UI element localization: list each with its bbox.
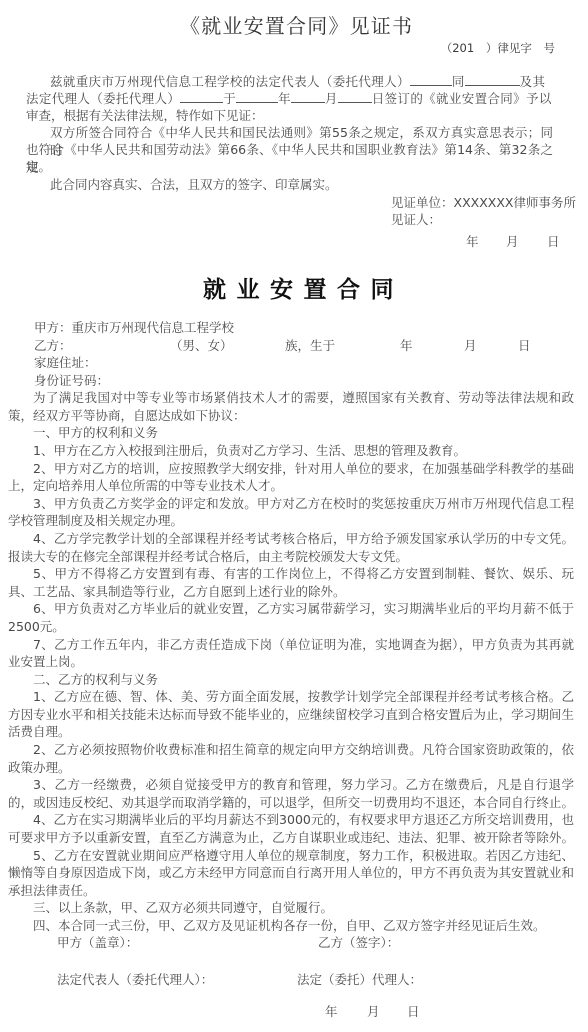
clause-line: 2500元。: [8, 618, 574, 636]
party-b-gender: （男、女）: [170, 337, 233, 355]
intro-text: 于: [223, 91, 236, 106]
blank-field-party-b-name: [465, 75, 520, 86]
clause-line: 3、甲方负责乙方奖学金的评定和发放。甲方对乙方在校时的奖惩按重庆万州市万州现代信…: [8, 495, 574, 513]
clause-line: 学校管理制度及相关规定办理。: [8, 512, 574, 530]
blank-field-school-representative: [410, 75, 452, 86]
party-b-birth-year: 年: [400, 337, 413, 355]
clause-line: 可要求甲方予以重新安置，直至乙方满意为止，乙方自谋职业或违纪、违法、犯罪、被开除…: [8, 829, 574, 847]
party-a-seal-label: 甲方（盖章）：: [57, 934, 138, 952]
witness-intro-line-2: 法定代理人（委托代理人）于年月日签订的《就业安置合同》予以: [26, 90, 553, 108]
intro-text: 及其: [520, 74, 546, 89]
section-1-heading: 一、甲方的权利和义务: [8, 424, 574, 442]
intro-text: 年: [278, 91, 291, 106]
party-b-signature-label: 乙方（签字）：: [318, 934, 399, 952]
party-a: 甲方：重庆市万州现代信息工程学校: [34, 319, 234, 337]
clause-line: 方因专业水平和相关技能未达标而导致不能毕业的，应继续留校学习直到合格安置后为止，…: [8, 706, 574, 724]
intro-text: 同: [452, 74, 465, 89]
section-3: 三、以上条款，甲、乙双方必须共同遵守，自觉履行。: [8, 899, 574, 917]
witness-intro-line-3: 审查，根据有关法律法规，特作如下见证：: [26, 107, 553, 125]
party-b-birth-day: 日: [518, 337, 531, 355]
attestation-text: 此合同内容真实、合法，且双方的签字、印章属实。: [26, 176, 553, 194]
party-b-label: 乙方：: [34, 337, 72, 355]
intro-text: 日签订的《就业安置合同》予以: [372, 91, 552, 106]
clause-line: 上，定向培养用人单位所需的中等专业技术人才。: [8, 477, 574, 495]
document-number: （201 ）律见字 号: [441, 39, 555, 57]
party-b-birth-month: 月: [464, 337, 477, 355]
id-number-label: 身份证号码：: [34, 372, 109, 390]
witness-date-month: 月: [506, 233, 519, 251]
section-2-heading: 二、乙方的权利与义务: [8, 671, 574, 689]
clause-line: 5、甲方不得将乙方安置到有毒、有害的工作岗位上，不得将乙方安置到制鞋、餐饮、娱乐…: [8, 565, 574, 583]
witness-intro-line-1: 兹就重庆市万州现代信息工程学校的法定代表人（委托代理人）同及其: [26, 73, 553, 91]
clause-line: 2、甲方对乙方的培训，应按照教学大纲安排，针对用人单位的要求，在加强基础学科教学…: [8, 460, 574, 478]
compliance-line-1: 双方所签合同符合《中华人民共和国民法通则》第55条之规定，系双方真实意思表示；同…: [26, 124, 553, 142]
clause-line: 报读大专的在修完全部课程并经考试合格后，由主考院校颁发大专文凭。: [8, 548, 574, 566]
clause-line: 活费自理。: [8, 723, 574, 741]
contract-body: 为了满足我国对中等专业等市场紧俏技术人才的需要，遵照国家有关教育、劳动等法律法规…: [8, 389, 574, 934]
clause-line: 政策办理。: [8, 759, 574, 777]
signature-date-year: 年: [325, 1003, 338, 1021]
witness-certificate-title: 《就业安置合同》见证书: [180, 13, 413, 39]
blank-field-year: [236, 92, 278, 103]
preamble-line: 为了满足我国对中等专业等市场紧俏技术人才的需要，遵照国家有关教育、劳动等法律法规…: [8, 389, 574, 407]
signature-date-day: 日: [407, 1003, 420, 1021]
signature-date-month: 月: [367, 1003, 380, 1021]
party-b-agent-label: 法定（委托）代理人：: [297, 971, 422, 989]
compliance-line-3: 定。: [26, 158, 553, 176]
clause-line: 4、乙方在实习期满毕业后的平均月薪达不到3000元的，有权要求甲方退还乙方所交培…: [8, 811, 574, 829]
clause-line: 6、甲方负责对乙方毕业后的就业安置，乙方实习属带薪学习，实习期满毕业后的平均月薪…: [8, 600, 574, 618]
intro-text: 法定代理人（委托代理人）: [26, 91, 180, 106]
clause-line: 4、乙方学完教学计划的全部课程并经考试考核合格后，甲方给予颁发国家承认学历的中专…: [8, 530, 574, 548]
clause-line: 业安置上岗。: [8, 653, 574, 671]
intro-text: 月: [325, 91, 338, 106]
legal-representative-label: 法定代表人（委托代理人）：: [57, 971, 213, 989]
blank-field-agent: [180, 92, 223, 103]
section-4: 四、本合同一式三份，甲、乙双方及见证机构各存一份，自甲、乙双方签字并经见证后生效…: [8, 917, 574, 935]
witness-person: 见证人：: [391, 211, 441, 229]
clause-line: 懒惰等自身原因造成下岗，或乙方未经甲方同意而自行离开用人单位的，甲方不再负责为其…: [8, 864, 574, 882]
intro-text: 兹就重庆市万州现代信息工程学校的法定代表人（委托代理人）: [50, 74, 410, 89]
clause-line: 2、乙方必须按照物价收费标准和招生简章的规定向甲方交纳培训费。凡符合国家资助政策…: [8, 741, 574, 759]
witness-date-day: 日: [547, 233, 560, 251]
contract-title: 就业安置合同: [203, 275, 404, 305]
clause-line: 1、乙方应在德、智、体、美、劳方面全面发展，按教学计划学完全部课程并经考试考核合…: [8, 688, 574, 706]
clause-line: 承担法律责任。: [8, 882, 574, 900]
home-address-label: 家庭住址：: [34, 354, 97, 372]
clause-line: 的，或因违反校纪、劝其退学而取消学籍的，可以退学，但所交一切费用均不退还，本合同…: [8, 794, 574, 812]
clause-line: 1、甲方在乙方入校报到注册后，负责对乙方学习、生活、思想的管理及教育。: [8, 442, 574, 460]
clause-line: 3、乙方一经缴费，必须自觉接受甲方的教育和管理，努力学习。乙方在缴费后，凡是自行…: [8, 776, 574, 794]
witness-unit: 见证单位：XXXXXXX律师事务所: [391, 194, 576, 212]
blank-field-day: [338, 92, 372, 103]
party-b-ethnicity-birth: 族，生于: [285, 337, 335, 355]
compliance-line-2: 也符合《中华人民共和国劳动法》第66条、《中华人民共和国职业教育法》第14条、第…: [26, 141, 553, 159]
witness-date-year: 年: [466, 233, 479, 251]
clause-line: 具、工艺品、家具制造等行业，乙方自愿到上述行业的除外。: [8, 583, 574, 601]
clause-line: 5、乙方在安置就业期间应严格遵守用人单位的规章制度，努力工作，积极进取。若因乙方…: [8, 847, 574, 865]
document-page: 《就业安置合同》见证书 （201 ）律见字 号 兹就重庆市万州现代信息工程学校的…: [0, 0, 588, 1032]
blank-field-month: [291, 92, 325, 103]
preamble-line: 策，经双方平等协商，自愿达成如下协议：: [8, 407, 574, 425]
clause-line: 7、乙方工作五年内，非乙方责任造成下岗（单位证明为准，实地调查为据），甲方负责为…: [8, 636, 574, 654]
